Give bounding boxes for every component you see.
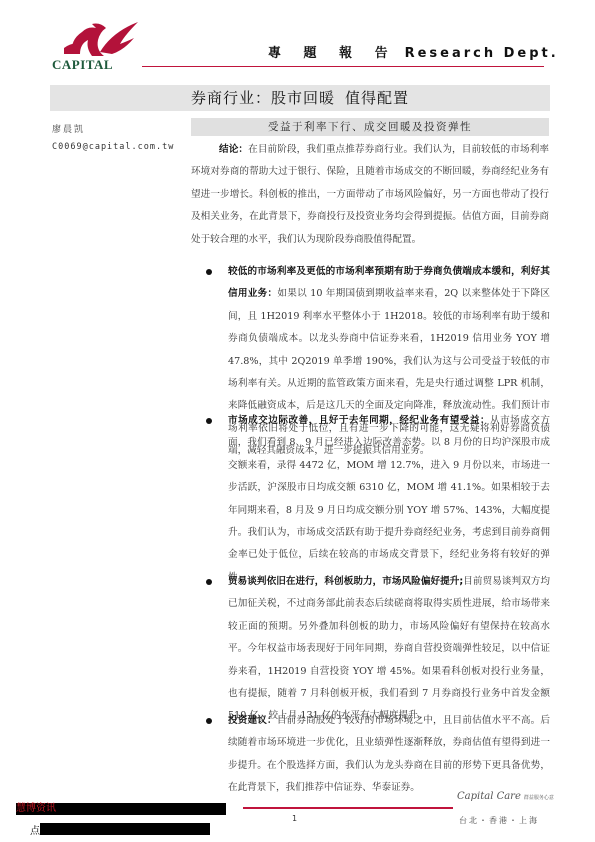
watermark-bar-2 — [40, 823, 210, 835]
bullet-icon — [206, 718, 212, 724]
bullet-icon — [206, 579, 212, 585]
header-divider — [142, 66, 544, 67]
bullet-item-turnover: 市场成交边际改善，且好于去年同期，经纪业务有望受益：从市场成交方面，我们看到 8… — [228, 410, 550, 589]
bullet-icon — [206, 418, 212, 424]
watermark-label: 慧博资讯 — [16, 803, 59, 815]
author-email[interactable]: C0069@capital.com.tw — [52, 142, 174, 152]
report-header: 專 題 報 告Research Dept. — [268, 42, 559, 61]
author-name: 廖晨凯 — [52, 122, 85, 135]
office-cities: 台北・香港・上海 — [459, 815, 539, 826]
logo-wordmark: CAPITAL — [52, 57, 113, 73]
department-label: Research Dept. — [405, 46, 559, 61]
subtitle: 受益于利率下行、成交回暖及投资弹性 — [191, 118, 549, 136]
page-title: 券商行业：股市回暖值得配置 — [50, 85, 550, 111]
watermark-char: 点 — [30, 822, 40, 837]
bullet-icon — [206, 269, 212, 275]
conclusion-label: 结论： — [219, 144, 248, 155]
capital-care-logo: Capital Care群益服务心意 — [457, 791, 554, 802]
page-number: 1 — [292, 814, 297, 823]
footer-divider — [243, 807, 453, 809]
conclusion-paragraph: 结论：在目前阶段，我们重点推荐券商行业。我们认为，目前较低的市场利率环境对券商的… — [191, 139, 549, 251]
report-type: 專 題 報 告 — [268, 46, 397, 61]
bullet-item-trade-talks: 贸易谈判依旧在进行，科创板助力，市场风险偏好提升;目前贸易谈判双方均已加征关税，… — [228, 571, 550, 728]
bullet-item-recommendation: 投资建议：目前券商股处于较好的市场环境之中，且目前估值水平不高。后续随着市场环境… — [228, 710, 550, 800]
